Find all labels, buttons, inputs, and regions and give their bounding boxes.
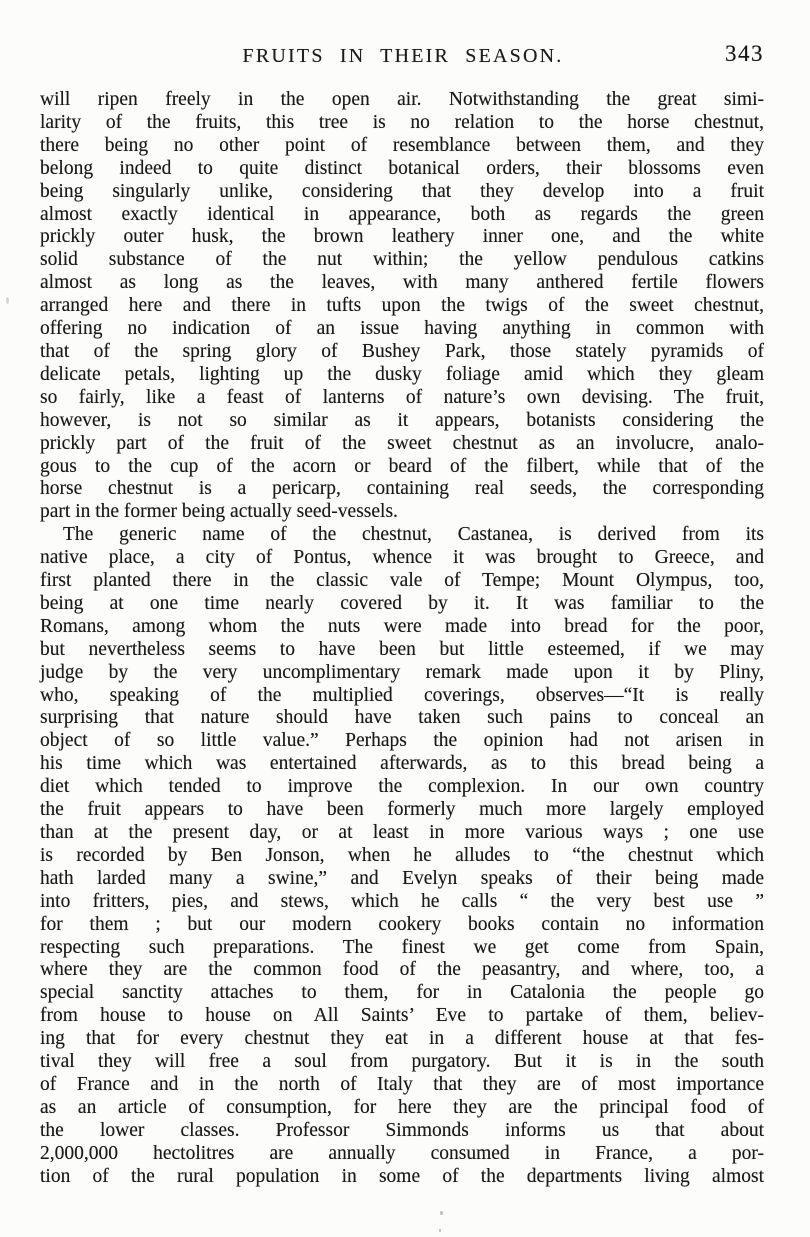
text-line: solid substance of the nut within; the y… — [40, 249, 764, 272]
text-line: horse chestnut is a pericarp, containing… — [40, 478, 764, 501]
text-line: judge by the very uncomplimentary remark… — [40, 662, 764, 685]
text-line: tival they will free a soul from purgato… — [40, 1051, 764, 1074]
text-line: being at one time nearly covered by it. … — [40, 593, 764, 616]
scan-speck — [440, 1211, 443, 1215]
text-line: so fairly, like a feast of lanterns of n… — [40, 387, 764, 410]
text-line: prickly part of the fruit of the sweet c… — [40, 433, 764, 456]
text-line: gous to the cup of the acorn or beard of… — [40, 456, 764, 479]
text-line: is recorded by Ben Jonson, when he allud… — [40, 845, 764, 868]
text-line: belong indeed to quite distinct botanica… — [40, 158, 764, 181]
text-line: the fruit appears to have been formerly … — [40, 799, 764, 822]
text-line: who, speaking of the multiplied covering… — [40, 685, 764, 708]
text-line: of France and in the north of Italy that… — [40, 1074, 764, 1097]
scan-speck — [439, 1229, 441, 1232]
text-line: The generic name of the chestnut, Castan… — [40, 524, 764, 547]
text-line: the lower classes. Professor Simmonds in… — [40, 1120, 764, 1143]
text-line: tion of the rural population in some of … — [40, 1166, 764, 1189]
page-header: FRUITS IN THEIR SEASON. 343 — [40, 46, 766, 70]
text-line: hath larded many a swine,” and Evelyn sp… — [40, 868, 764, 891]
page-text: will ripen freely in the open air. Notwi… — [40, 89, 764, 1189]
text-line: for them ; but our modern cookery books … — [40, 914, 764, 937]
paragraph: The generic name of the chestnut, Castan… — [40, 524, 764, 1188]
text-line: 2,000,000 hectolitres are annually consu… — [40, 1143, 764, 1166]
text-line: than at the present day, or at least in … — [40, 822, 764, 845]
text-line: almost exactly identical in appearance, … — [40, 204, 764, 227]
scanned-page: FRUITS IN THEIR SEASON. 343 will ripen f… — [0, 0, 810, 1237]
paragraph: will ripen freely in the open air. Notwi… — [40, 89, 764, 524]
text-line: ing that for every chestnut they eat in … — [40, 1028, 764, 1051]
text-line: prickly outer husk, the brown leathery i… — [40, 226, 764, 249]
text-line: from house to house on All Saints’ Eve t… — [40, 1005, 764, 1028]
text-line: that of the spring glory of Bushey Park,… — [40, 341, 764, 364]
text-line: part in the former being actually seed-v… — [40, 501, 764, 524]
text-line: almost as long as the leaves, with many … — [40, 272, 764, 295]
text-line: surprising that nature should have taken… — [40, 707, 764, 730]
text-line: special sanctity attaches to them, for i… — [40, 982, 764, 1005]
running-title: FRUITS IN THEIR SEASON. — [40, 46, 766, 66]
text-line: as an article of consumption, for here t… — [40, 1097, 764, 1120]
text-line: offering no indication of an issue havin… — [40, 318, 764, 341]
text-line: his time which was entertained afterward… — [40, 753, 764, 776]
text-line: first planted there in the classic vale … — [40, 570, 764, 593]
text-line: but nevertheless seems to have been but … — [40, 639, 764, 662]
page-number: 343 — [725, 42, 764, 65]
scan-speck — [6, 297, 9, 304]
text-line: there being no other point of resemblanc… — [40, 135, 764, 158]
text-line: arranged here and there in tufts upon th… — [40, 295, 764, 318]
text-line: diet which tended to improve the complex… — [40, 776, 764, 799]
text-line: however, is not so similar as it appears… — [40, 410, 764, 433]
text-line: being singularly unlike, considering tha… — [40, 181, 764, 204]
text-line: where they are the common food of the pe… — [40, 959, 764, 982]
text-line: respecting such preparations. The finest… — [40, 937, 764, 960]
text-line: delicate petals, lighting up the dusky f… — [40, 364, 764, 387]
text-line: into fritters, pies, and stews, which he… — [40, 891, 764, 914]
text-line: native place, a city of Pontus, whence i… — [40, 547, 764, 570]
text-line: larity of the fruits, this tree is no re… — [40, 112, 764, 135]
text-line: object of so little value.” Perhaps the … — [40, 730, 764, 753]
text-line: will ripen freely in the open air. Notwi… — [40, 89, 764, 112]
text-line: Romans, among whom the nuts were made in… — [40, 616, 764, 639]
